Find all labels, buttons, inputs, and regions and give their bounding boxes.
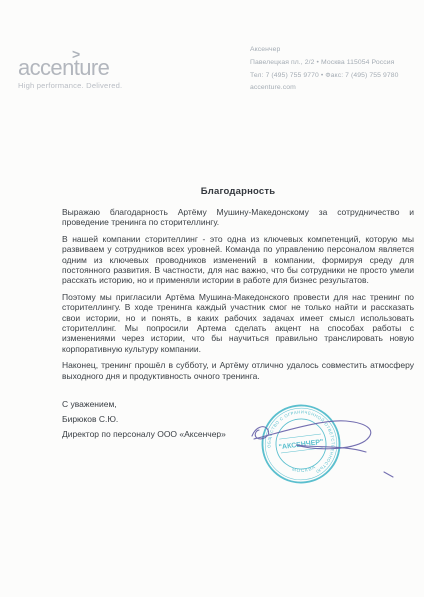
address-line-street: Павелецкая пл., 2/2 • Москва 115054 Росс… <box>250 57 420 70</box>
accenture-arrow-icon: > <box>72 46 80 62</box>
brand-name: accenture <box>18 56 148 80</box>
address-line-phone: Тел: 7 (495) 755 9770 • Факс: 7 (495) 75… <box>250 70 420 83</box>
signature-stroke <box>254 421 371 452</box>
address-line-website: accenture.com <box>250 82 420 95</box>
signature-dash <box>384 472 393 477</box>
paragraph-4: Наконец, тренинг прошёл в субботу, и Арт… <box>62 360 414 381</box>
handwritten-signature <box>240 405 400 485</box>
accenture-logo: > accenture High performance. Delivered. <box>18 56 148 90</box>
paragraph-2: В нашей компании сторителлинг - это одна… <box>62 234 414 286</box>
address-line-company: Аксенчер <box>250 44 420 57</box>
company-address-block: Аксенчер Павелецкая пл., 2/2 • Москва 11… <box>250 44 420 95</box>
paragraph-1: Выражаю благодарность Артёму Мушину-Маке… <box>62 207 414 228</box>
letter-page: > accenture High performance. Delivered.… <box>0 0 424 597</box>
brand-tagline: High performance. Delivered. <box>18 81 148 90</box>
letter-body: Благодарность Выражаю благодарность Артё… <box>62 186 414 442</box>
paragraph-3: Поэтому мы пригласили Артёма Мушина-Маке… <box>62 292 414 354</box>
letter-title: Благодарность <box>62 186 414 197</box>
